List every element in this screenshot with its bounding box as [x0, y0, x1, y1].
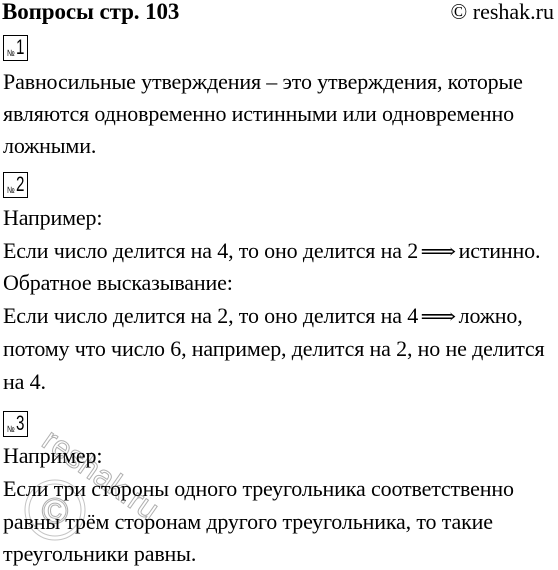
answer-3-line-1: Если три стороны одного треугольника соо… — [3, 476, 514, 502]
question-number-badge-2: № 2 — [3, 172, 28, 198]
question-number-badge-1: № 1 — [3, 35, 28, 61]
page-title: Вопросы стр. 103 — [2, 0, 179, 26]
answer-2-intro: Например: — [3, 205, 102, 231]
implies-arrow-icon: ⟹ — [421, 303, 457, 329]
answer-3-line-3: треугольники равны. — [3, 541, 196, 567]
question-number: 2 — [16, 174, 22, 196]
answer-2-converse: Если число делится на 2, то оно делится … — [3, 303, 523, 329]
number-sign: № — [7, 184, 15, 196]
implies-arrow-icon: ⟹ — [421, 238, 457, 264]
answer-2-statement: Если число делится на 4, то оно делится … — [3, 238, 540, 264]
question-number: 3 — [16, 413, 22, 435]
answer-3-line-2: равны трём сторонам другого треугольника… — [3, 509, 493, 535]
answer-2-explanation-line-1: потому что число 6, например, делится на… — [3, 336, 545, 362]
answer-3-intro: Например: — [3, 443, 102, 469]
number-sign: № — [7, 423, 15, 435]
statement-text: Если число делится на 4, то оно делится … — [3, 238, 418, 263]
statement-verdict: истинно. — [459, 238, 541, 263]
answer-1-line-2: являются одновременно истинными или одно… — [3, 101, 514, 127]
answer-1-line-3: ложными. — [3, 133, 96, 159]
question-number-badge-3: № 3 — [3, 411, 28, 437]
question-number: 1 — [16, 37, 22, 59]
copyright-notice: © reshak.ru — [451, 0, 554, 26]
number-sign: № — [7, 47, 15, 59]
answer-1-line-1: Равносильные утверждения – это утвержден… — [3, 69, 523, 95]
answer-2-converse-label: Обратное высказывание: — [3, 270, 233, 296]
answer-2-explanation-line-2: на 4. — [3, 369, 46, 395]
converse-text: Если число делится на 2, то оно делится … — [3, 303, 418, 328]
converse-verdict: ложно, — [459, 303, 523, 328]
